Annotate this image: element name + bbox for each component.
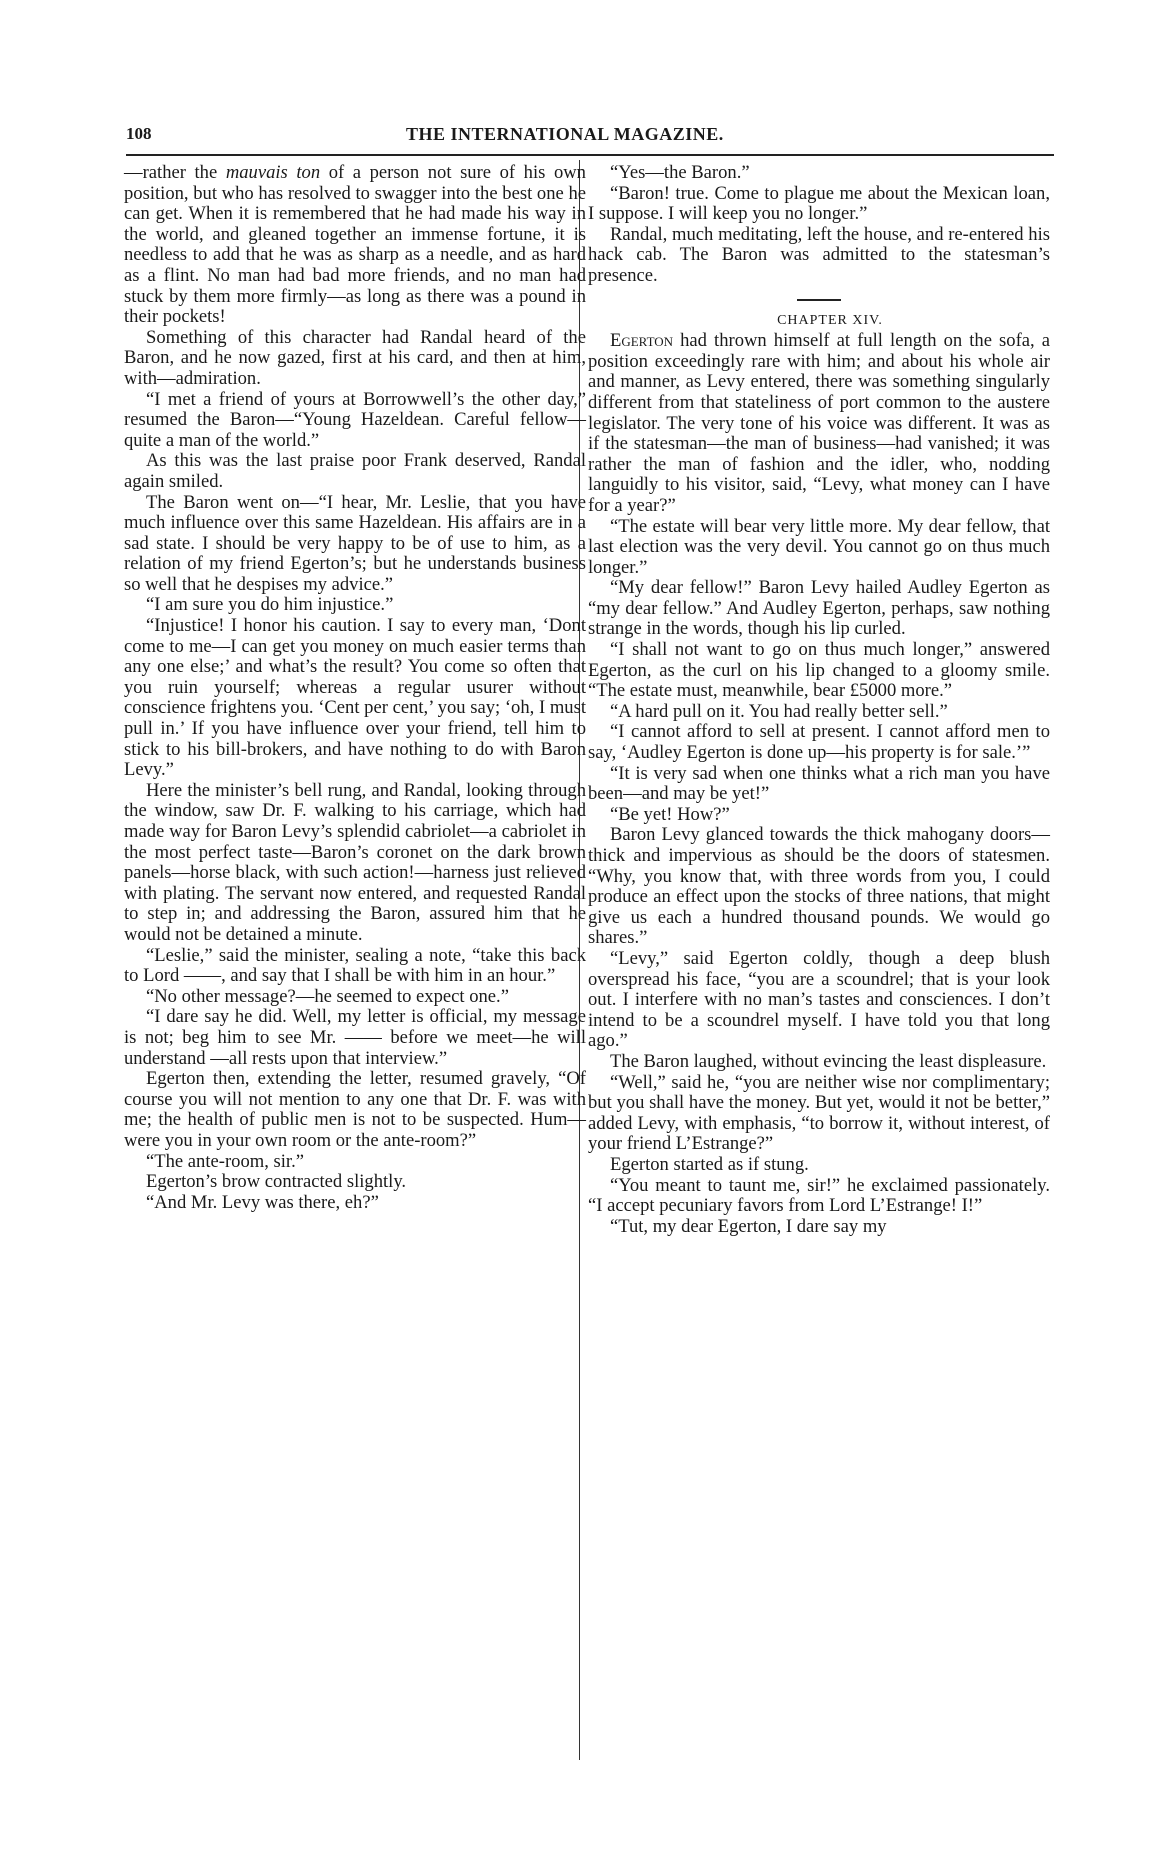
drop-word: Egerton [610, 330, 673, 351]
paragraph: “I shall not want to go on thus much lon… [588, 640, 1050, 702]
paragraph: “No other message?—he seemed to expect o… [124, 987, 586, 1008]
paragraph: “I cannot afford to sell at present. I c… [588, 722, 1050, 763]
paragraph: “My dear fellow!” Baron Levy hailed Audl… [588, 578, 1050, 640]
paragraph: “I am sure you do him injustice.” [124, 595, 586, 616]
page-header: 108 THE INTERNATIONAL MAGAZINE. [126, 124, 1054, 152]
paragraph: “The ante-room, sir.” [124, 1152, 586, 1173]
paragraph: —rather the mauvais ton of a person not … [124, 163, 586, 328]
paragraph: “Leslie,” said the minister, sealing a n… [124, 946, 586, 987]
paragraph: Egerton started as if stung. [588, 1155, 1050, 1176]
paragraph: “I met a friend of yours at Borrowwell’s… [124, 390, 586, 452]
paragraph: “Yes—the Baron.” [588, 163, 1050, 184]
paragraph: “Injustice! I honor his caution. I say t… [124, 616, 586, 781]
section-rule [797, 299, 841, 301]
chapter-heading: CHAPTER XIV. [588, 311, 1050, 332]
page-number: 108 [126, 124, 152, 144]
paragraph: “Well,” said he, “you are neither wise n… [588, 1073, 1050, 1155]
paragraph: “It is very sad when one thinks what a r… [588, 764, 1050, 805]
paragraph: “A hard pull on it. You had really bette… [588, 702, 1050, 723]
paragraph: Egerton’s brow contracted slightly. [124, 1172, 586, 1193]
paragraph: “I dare say he did. Well, my letter is o… [124, 1007, 586, 1069]
paragraph: “And Mr. Levy was there, eh?” [124, 1193, 586, 1214]
paragraph: Egerton then, extending the letter, resu… [124, 1069, 586, 1151]
text-run: —rather the [124, 162, 226, 183]
header-rule [126, 154, 1054, 156]
right-column: “Yes—the Baron.” “Baron! true. Come to p… [588, 163, 1050, 1237]
left-column: —rather the mauvais ton of a person not … [124, 163, 586, 1213]
paragraph: Here the minister’s bell rung, and Randa… [124, 781, 586, 946]
paragraph: Baron Levy glanced towards the thick mah… [588, 825, 1050, 949]
text-run: of a person not sure of his own position… [124, 162, 586, 327]
paragraph: The Baron went on—“I hear, Mr. Leslie, t… [124, 493, 586, 596]
paragraph: As this was the last praise poor Frank d… [124, 451, 586, 492]
text-run: had thrown himself at full length on the… [588, 330, 1050, 516]
italic-phrase: mauvais ton [226, 162, 320, 183]
paragraph: “Baron! true. Come to plague me about th… [588, 184, 1050, 225]
paragraph: The Baron laughed, without evincing the … [588, 1052, 1050, 1073]
running-title: THE INTERNATIONAL MAGAZINE. [406, 124, 724, 145]
paragraph: Something of this character had Randal h… [124, 328, 586, 390]
paragraph: “Levy,” said Egerton coldly, though a de… [588, 949, 1050, 1052]
paragraph: “Be yet! How?” [588, 805, 1050, 826]
paragraph: “The estate will bear very little more. … [588, 517, 1050, 579]
paragraph: “Tut, my dear Egerton, I dare say my [588, 1217, 1050, 1238]
paragraph: “You meant to taunt me, sir!” he exclaim… [588, 1176, 1050, 1217]
paragraph: Egerton had thrown himself at full lengt… [588, 331, 1050, 516]
paragraph: Randal, much meditating, left the house,… [588, 225, 1050, 287]
